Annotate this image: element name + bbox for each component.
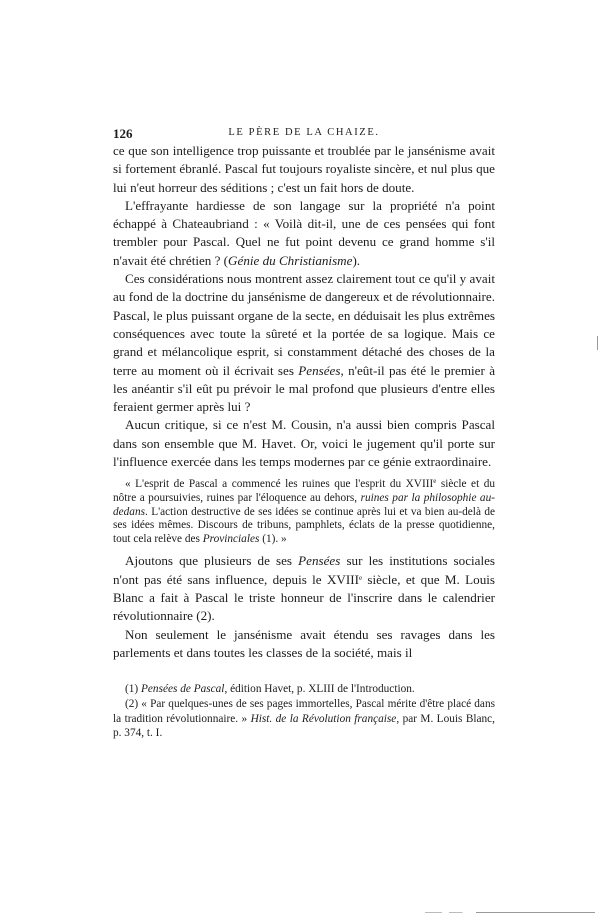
paragraph-6: Non seulement le jansénisme avait étendu…	[113, 626, 495, 663]
quote-text: « L'esprit de Pascal a commencé les ruin…	[113, 478, 495, 546]
italic-title: Provinciales	[203, 533, 260, 545]
italic-title: Pensées de Pascal	[141, 683, 224, 695]
scan-edge-line	[425, 912, 595, 913]
text-segment: « L'esprit de Pascal a commencé les ruin…	[125, 478, 433, 490]
text-segment: , édition Havet, p. XLIII de l'Introduct…	[224, 683, 414, 695]
margin-mark	[597, 336, 598, 350]
italic-title: Pensées	[298, 363, 340, 378]
text-segment: Ajoutons que plusieurs de ses	[125, 553, 298, 568]
text-segment: ).	[352, 253, 360, 268]
text-segment: . L'action destructive de ses idées se c…	[113, 506, 495, 545]
body-text: ce que son intelligence trop puissante e…	[113, 142, 495, 662]
footnote-1: (1) Pensées de Pascal, édition Havet, p.…	[113, 682, 495, 697]
footnote-marker: (1)	[125, 683, 141, 695]
block-quote: « L'esprit de Pascal a commencé les ruin…	[113, 478, 495, 546]
paragraph-5: Ajoutons que plusieurs de ses Pensées su…	[113, 552, 495, 625]
footnotes: (1) Pensées de Pascal, édition Havet, p.…	[113, 682, 495, 741]
paragraph-4: Aucun critique, si ce n'est M. Cousin, n…	[113, 416, 495, 471]
paragraph-1: ce que son intelligence trop puissante e…	[113, 142, 495, 197]
italic-title: Pensées	[298, 553, 340, 568]
paragraph-3: Ces considérations nous montrent assez c…	[113, 270, 495, 416]
text-segment: (1). »	[259, 533, 286, 545]
paragraph-2: L'effrayante hardiesse de son langage su…	[113, 197, 495, 270]
italic-title: Génie du Christianisme	[228, 253, 352, 268]
footnote-2: (2) « Par quelques-unes de ses pages imm…	[113, 697, 495, 741]
running-title: LE PÈRE DE LA CHAIZE.	[113, 127, 495, 138]
running-head: 126 LE PÈRE DE LA CHAIZE.	[113, 126, 495, 142]
book-page: 126 LE PÈRE DE LA CHAIZE. ce que son int…	[113, 126, 495, 741]
italic-title: Hist. de la Révolution française	[251, 713, 397, 725]
